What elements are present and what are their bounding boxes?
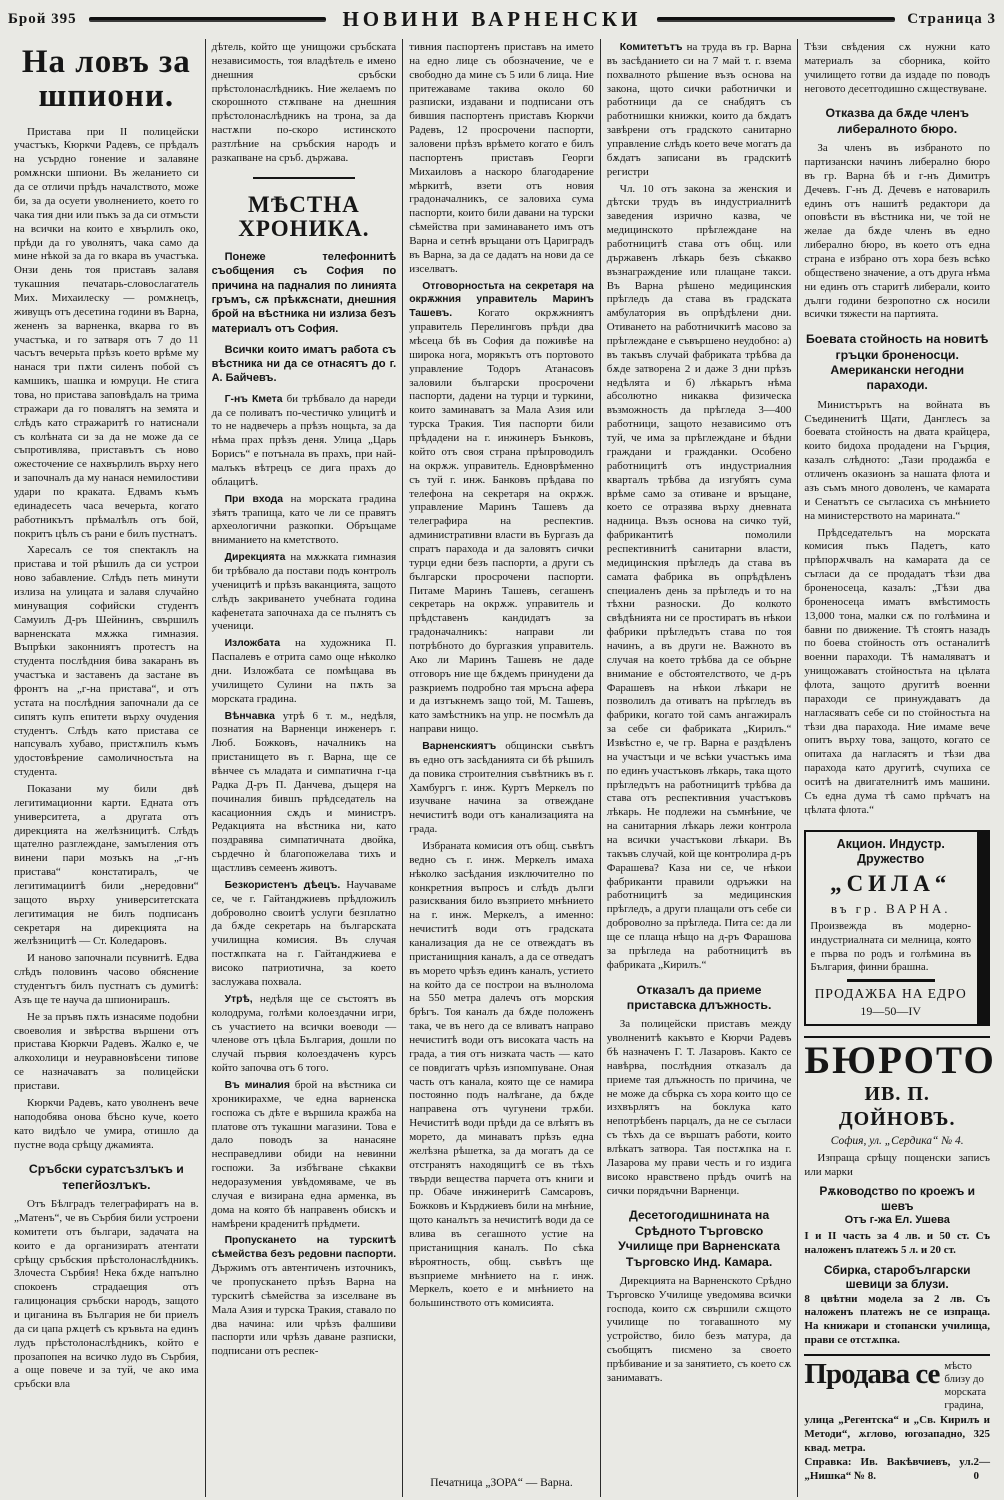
paragraph: Утрѣ, недѣля ще се състоятъ въ колодрума… bbox=[212, 993, 397, 1076]
ad-bureau-title: БЮРОТО bbox=[804, 1041, 990, 1080]
paragraph: тивния паспортенъ приставъ на името на е… bbox=[409, 41, 594, 277]
sub-headline: Отказалъ да приеме приставска длъжность. bbox=[607, 983, 792, 1014]
ad-collection-text: 8 цвѣтни модела за 2 лв. Съ наложенъ пла… bbox=[804, 1293, 990, 1348]
issue-number: Брой 395 bbox=[8, 11, 77, 28]
ad-rule bbox=[847, 979, 935, 982]
paragraph-text: на труда въ гр. Варна въ засѣданието си … bbox=[607, 41, 792, 178]
ad-bureau-owner: ИВ. П. ДОЙНОВЪ. bbox=[804, 1082, 990, 1132]
paragraph: Варненскиятъ общински съвѣтъ въ едно отъ… bbox=[409, 740, 594, 837]
ad-for-sale-header: Продава семѣсто близу до морската градин… bbox=[804, 1360, 990, 1412]
ad-collection-title: Сбирка, старобългарски шевици за блузи. bbox=[804, 1263, 990, 1292]
paragraph: Изложбата на художника П. Паспалевъ е от… bbox=[212, 637, 397, 706]
column-4: Комитетътъ на труда въ гр. Варна въ засѣ… bbox=[601, 39, 799, 1497]
ad-for-sale-title: Продава се bbox=[804, 1360, 939, 1389]
paragraph: Пропускането на турскитѣ сѣмейства безъ … bbox=[212, 1234, 397, 1359]
column-2: дѣтель, който ще унищожи сръбската незав… bbox=[206, 39, 404, 1497]
column-container: На ловъ за шпиони.Пристава при II полице… bbox=[8, 39, 996, 1497]
ad-code: 2—0 bbox=[973, 1456, 990, 1484]
ad-bureau: БЮРОТОИВ. П. ДОЙНОВЪ.София, ул. „Сердика… bbox=[804, 1036, 990, 1348]
paragraph-text: Държимъ отъ автентиченъ източникъ, че пр… bbox=[212, 1262, 397, 1357]
paragraph: Кюркчи Радевъ, като уволненъ вече наподо… bbox=[14, 1097, 199, 1152]
newspaper-page: Брой 395 НОВИНИ ВАРНЕНСКИ Страница 3 На … bbox=[0, 0, 1004, 1497]
ad-book-price: I и II часть за 4 лв. и 50 ст. Съ наложе… bbox=[804, 1230, 990, 1258]
paragraph: Дирекцията на мѫжката гимназия би трѣбва… bbox=[212, 551, 397, 634]
paragraph-lead: Вѣнчавка bbox=[225, 711, 275, 722]
ad-company-type: Акцион. Индустр. Дружество bbox=[810, 837, 971, 869]
paragraph-text: общински съвѣтъ въ едно отъ засѣданията … bbox=[409, 740, 594, 835]
page-number: Страница 3 bbox=[907, 11, 996, 28]
printer-colophon: Печатница „ЗОРА“ — Варна. bbox=[403, 1468, 600, 1493]
article-headline: На ловъ за шпиони. bbox=[14, 45, 199, 114]
paragraph-text: на мѫжката гимназия би трѣбвало да поста… bbox=[212, 551, 397, 632]
ad-for-sale: Продава семѣсто близу до морската градин… bbox=[804, 1354, 990, 1484]
ad-code: 19—50—IV bbox=[810, 1004, 971, 1019]
column-5: Тѣзи свѣдения сѫ нужни като материалъ за… bbox=[798, 39, 996, 1497]
paragraph: Безкористенъ дѣецъ. Научаваме се, че г. … bbox=[212, 879, 397, 990]
paragraph: Министърътъ на войната въ Съединенитѣ Ща… bbox=[804, 399, 990, 524]
paragraph: дѣтель, който ще унищожи сръбската незав… bbox=[212, 41, 397, 166]
section-headline: МѢСТНА ХРОНИКА. bbox=[212, 193, 397, 241]
paragraph-lead: Утрѣ, bbox=[225, 994, 253, 1005]
ad-company-name: „СИЛА“ bbox=[810, 870, 971, 899]
paragraph-text: Когато окрѫжниятъ управитель Перелинговъ… bbox=[409, 307, 594, 735]
newspaper-title: НОВИНИ ВАРНЕНСКИ bbox=[342, 7, 641, 32]
paragraph: Г-нъ Кмета би трѣбвало да нареди да се п… bbox=[212, 393, 397, 490]
paragraph: Пристава при II полицейски участъкъ, Кюр… bbox=[14, 126, 199, 542]
paragraph: Чл. 10 отъ закона за женския и дѣтски тр… bbox=[607, 183, 792, 973]
paragraph: Отговорностьта на секретаря на окрѫжния … bbox=[409, 280, 594, 737]
ad-for-sale-body: улица „Регентска“ и „Св. Кирилъ и Методи… bbox=[804, 1414, 990, 1456]
sub-headline: Боевата стойность на новитѣ гръцки броне… bbox=[804, 332, 990, 393]
paragraph-lead: Въ миналия bbox=[225, 1080, 290, 1091]
paragraph: За полицейски приставъ между уволненитѣ … bbox=[607, 1018, 792, 1198]
paragraph-lead: Пропускането на турскитѣ сѣмейства безъ … bbox=[212, 1235, 397, 1260]
ad-for-sale-lead: мѣсто близу до морската градина, bbox=[944, 1360, 990, 1412]
paragraph: Дирекцията на Варненското Срѣдно Търговс… bbox=[607, 1275, 792, 1386]
paragraph: Всички които иматъ работа съ вѣстника ни… bbox=[212, 343, 397, 386]
paragraph-lead: При входа bbox=[225, 494, 283, 505]
paragraph-text: би трѣбвало да нареди да се поливатъ по-… bbox=[212, 393, 397, 488]
sub-headline: Сръбски суратсъзлъкъ и тепегйозлъкъ. bbox=[14, 1162, 199, 1193]
ad-for-sale-footer: Справка: Ив. Вакѣвчиевъ, ул. „Нишка“ № 8… bbox=[804, 1456, 990, 1484]
paragraph: Тѣзи свѣдения сѫ нужни като материалъ за… bbox=[804, 41, 990, 96]
sub-headline: Отказва да бѫде членъ либералното бюро. bbox=[804, 106, 990, 137]
ad-sila-box: Акцион. Индустр. Дружество„СИЛА“въ гр. В… bbox=[804, 830, 990, 1026]
column-3: тивния паспортенъ приставъ на името на е… bbox=[403, 39, 601, 1497]
ad-contact-line: Справка: Ив. Вакѣвчиевъ, ул. „Нишка“ № 8… bbox=[804, 1456, 973, 1484]
paragraph: И наново започнали псувнитѣ. Едва слѣдъ … bbox=[14, 952, 199, 1007]
ad-bureau-address: София, ул. „Сердика“ № 4. bbox=[804, 1134, 990, 1148]
paragraph: При входа на морската градина зѣятъ трап… bbox=[212, 493, 397, 548]
paragraph: За членъ въ избраното по партизански нач… bbox=[804, 142, 990, 322]
masthead-rule-left bbox=[89, 17, 327, 22]
paragraph-lead: Дирекцията bbox=[225, 552, 286, 563]
paragraph-lead: Изложбата bbox=[225, 638, 281, 649]
paragraph: Въ миналия брой на вѣстника си хроникира… bbox=[212, 1079, 397, 1231]
section-divider bbox=[253, 177, 355, 179]
paragraph-lead: Безкористенъ дѣецъ. bbox=[225, 880, 341, 891]
ad-sale-line: ПРОДАЖБА НА ЕДРО bbox=[810, 985, 971, 1002]
masthead-rule-right bbox=[657, 17, 895, 22]
paragraph-lead: Комитетътъ bbox=[620, 42, 683, 53]
paragraph-text: Научаваме се, че г. Гайтанджиевъ прѣдлож… bbox=[212, 879, 397, 988]
paragraph: Прѣдседательтъ на морската комисия пъкъ … bbox=[804, 527, 990, 818]
paragraph-text: утрѣ 6 т. м., недѣля, познатия на Варнен… bbox=[212, 710, 397, 874]
paragraph: Отъ Бѣлградъ телеграфиратъ на в. „Матенъ… bbox=[14, 1198, 199, 1392]
masthead: Брой 395 НОВИНИ ВАРНЕНСКИ Страница 3 bbox=[8, 2, 996, 36]
ad-book-author: Отъ г-жа Ел. Ушева bbox=[804, 1214, 990, 1228]
paragraph: Вѣнчавка утрѣ 6 т. м., недѣля, познатия … bbox=[212, 710, 397, 876]
ad-body-text: Произвежда въ модерно-индустриалната си … bbox=[810, 920, 971, 974]
paragraph: Не за пръвъ пѫть изнасяме подобни своево… bbox=[14, 1011, 199, 1094]
paragraph: Комитетътъ на труда въ гр. Варна въ засѣ… bbox=[607, 41, 792, 180]
sub-headline: Десетогодишнината на Срѣдното Търговско … bbox=[607, 1208, 792, 1269]
paragraph-text: брой на вѣстника си хроникирахме, че едн… bbox=[212, 1079, 397, 1230]
paragraph-lead: Варненскиятъ bbox=[422, 741, 496, 752]
paragraph: Понеже телефоннитѣ съобщения съ София по… bbox=[212, 250, 397, 336]
paragraph-lead: Г-нъ Кмета bbox=[225, 394, 283, 405]
paragraph: Избраната комисия отъ общ. съвѣтъ ведно … bbox=[409, 840, 594, 1311]
ad-city-line: въ гр. ВАРНА. bbox=[810, 901, 971, 917]
paragraph: Показани му били двѣ легитимационни карт… bbox=[14, 783, 199, 949]
paragraph: Харесалъ се тоя спектаклъ на пристава и … bbox=[14, 544, 199, 780]
ad-bureau-intro: Изпраща срѣщу пощенски записъ или марки bbox=[804, 1152, 990, 1180]
column-1: На ловъ за шпиони.Пристава при II полице… bbox=[8, 39, 206, 1497]
ad-book-title: Рѫководство по кроежъ и шевъ bbox=[804, 1184, 990, 1213]
